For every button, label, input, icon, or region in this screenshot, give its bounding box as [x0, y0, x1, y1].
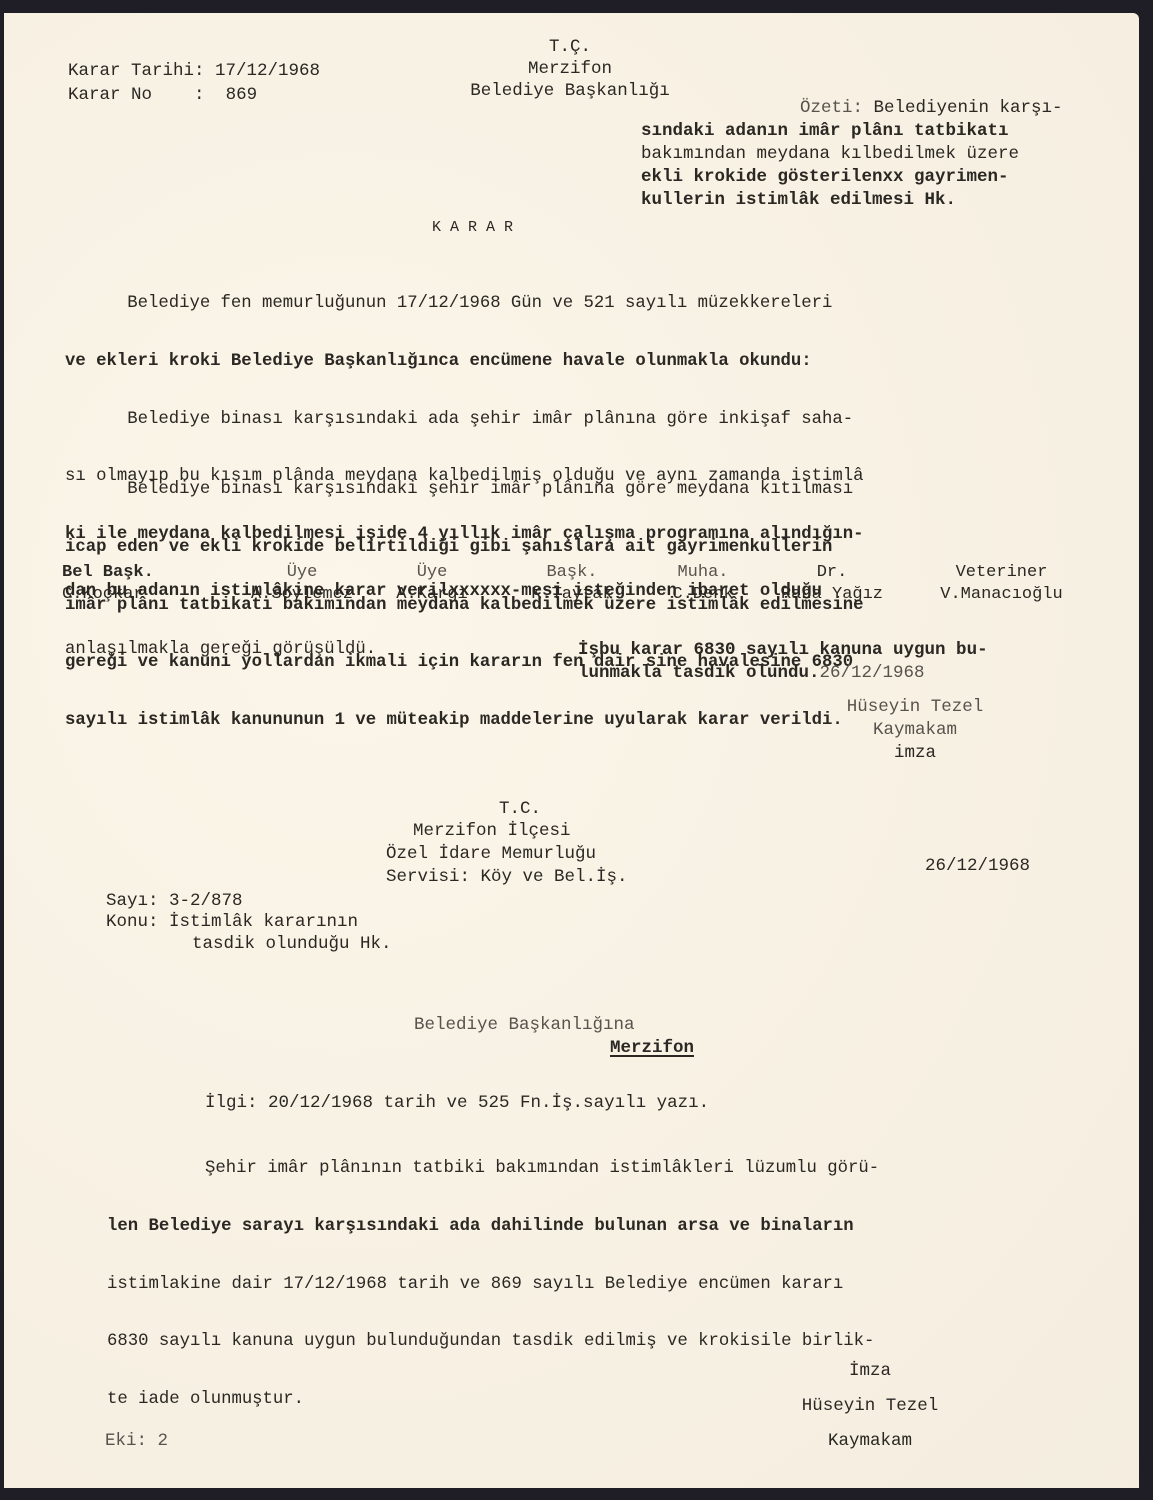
- letter-number-row: Sayı: 3-2/878: [106, 892, 243, 911]
- letter-number: 3-2/878: [169, 891, 243, 911]
- decision-date-row: Karar Tarihi: 17/12/1968: [68, 62, 320, 81]
- org-line-3: Belediye Başkanlığı: [420, 82, 720, 101]
- signatory: Muha.C.Denk: [658, 562, 748, 606]
- letter-org-line-2: Merzifon İlçesi: [413, 822, 571, 841]
- letter-body: Şehir imâr plânının tatbiki bakımından i…: [107, 1121, 1147, 1428]
- decision-no: 869: [226, 85, 258, 105]
- approval-line-1: İşbu karar 6830 sayılı kanuna uygun bu-: [578, 641, 988, 660]
- approval-date: 26/12/1968: [820, 663, 925, 683]
- signatory: Dr.Rana Yağız: [772, 562, 892, 606]
- summary-line-0: Özeti: Belediyenin karşı-: [800, 99, 1063, 118]
- decision-date: 17/12/1968: [215, 61, 320, 81]
- letter-org-line-4: Servisi: Köy ve Bel.İş.: [386, 868, 628, 887]
- approval-signer-title: Kaymakam: [790, 721, 1040, 740]
- document-title: K A R A R: [432, 218, 513, 237]
- approval-signer-name: Hüseyin Tezel: [790, 698, 1040, 717]
- letter-org-line-1: T.C.: [420, 800, 620, 819]
- letter-attachment: Eki: 2: [105, 1432, 168, 1451]
- signatory: VeterinerV.Manacıoğlu: [894, 562, 1109, 606]
- summary-line-4: kullerin istimlâk edilmesi Hk.: [641, 191, 956, 210]
- summary-line-3: ekli krokide gösterilenxx gayrimen-: [641, 168, 1009, 187]
- org-line-2: Merzifon: [420, 60, 720, 79]
- approval-signed: imza: [790, 744, 1040, 763]
- org-line-1: T.Ç.: [420, 38, 720, 57]
- signatory: ÜyeA.Söylemez: [227, 562, 377, 606]
- letter-subject-row: Konu: İstimlâk kararının: [106, 913, 358, 932]
- approval-line-2: lunmakla tasdik olundu.26/12/1968: [578, 664, 925, 683]
- decision-no-row: Karar No : 869: [68, 86, 257, 105]
- summary-line-1: sındaki adanın imâr plânı tatbikatı: [641, 122, 1009, 141]
- letter-date: 26/12/1968: [925, 857, 1030, 876]
- letter-reference: İlgi: 20/12/1968 tarih ve 525 Fn.İş.sayı…: [205, 1094, 709, 1113]
- letter-signer-title: Kaymakam: [790, 1432, 950, 1451]
- letter-signature-label: İmza: [800, 1362, 940, 1381]
- letter-org-line-3: Özel İdare Memurluğu: [386, 845, 596, 864]
- summary-line-2: bakımından meydana kılbedilmek üzere: [641, 145, 1019, 164]
- letter-recipient-line-2: Merzifon: [610, 1039, 694, 1058]
- signatory: Bel Başk.C.Koçkar: [62, 562, 154, 606]
- decision-date-label: Karar Tarihi:: [68, 61, 205, 81]
- letter-signer-name: Hüseyin Tezel: [770, 1397, 970, 1416]
- letter-recipient-line-1: Belediye Başkanlığına: [414, 1016, 635, 1035]
- signatory: ÜyeA.Kargı: [382, 562, 482, 606]
- letter-subject-line-2: tasdik olunduğu Hk.: [192, 935, 392, 954]
- summary-label: Özeti:: [800, 98, 863, 118]
- decision-no-label: Karar No: [68, 85, 152, 105]
- signatory: Başk.K.Taytak: [517, 562, 627, 606]
